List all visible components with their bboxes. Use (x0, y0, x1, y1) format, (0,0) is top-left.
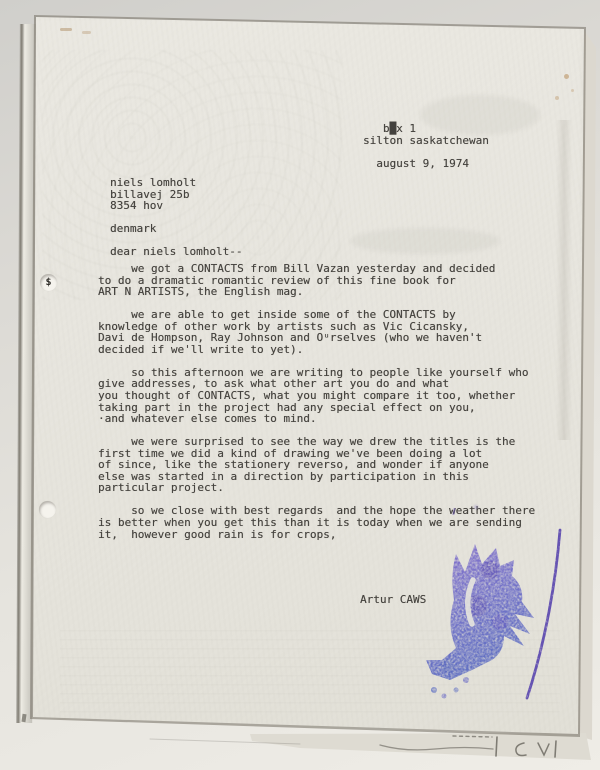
scanned-letter-page: b█x 1 silton saskatchewan august 9, 1974… (0, 0, 600, 770)
top-edge-mark (60, 28, 72, 31)
dollar-sign-showthrough: $ (45, 278, 51, 288)
stain-spot (555, 96, 559, 100)
letter-body: we got a CONTACTS from Bill Vazan yester… (98, 263, 535, 540)
letter-date: august 9, 1974 (363, 158, 469, 170)
signature: Artur CAWS (360, 594, 426, 606)
recipient-address: niels lomholt billavej 25b 8354 hov denm… (110, 177, 196, 235)
ink-stroke (527, 530, 560, 698)
stain-spot (571, 89, 574, 92)
punch-hole-top: $ (40, 274, 57, 291)
stain-spot (564, 74, 569, 79)
salutation: dear niels lomholt-- (110, 246, 242, 258)
bird-stamp (420, 520, 585, 720)
sender-address: b█x 1 silton saskatchewan (363, 123, 489, 146)
showthrough-smudge (350, 228, 500, 254)
top-edge-mark (82, 31, 91, 34)
bird-stamp-body (426, 544, 534, 699)
ink-speck (474, 505, 478, 509)
punch-hole-bottom (39, 501, 56, 518)
